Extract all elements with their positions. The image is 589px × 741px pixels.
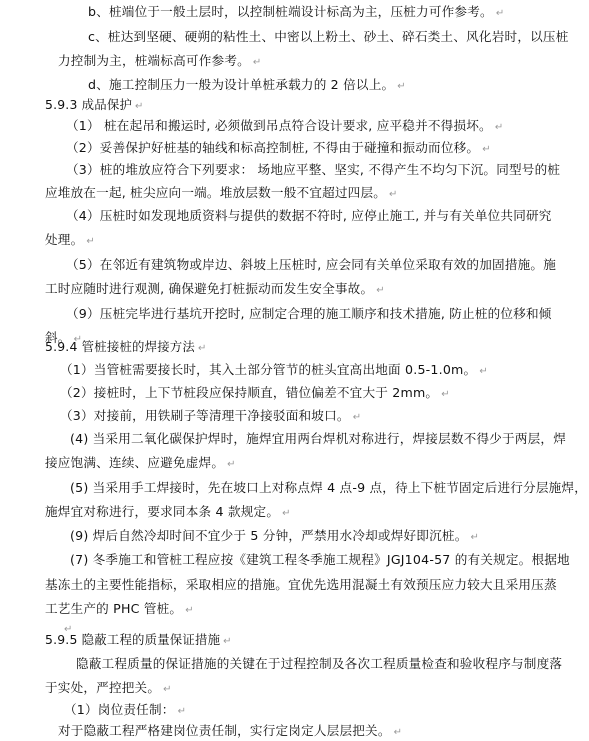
paragraph-1: （1） 桩在起吊和搬运时, 必须做到吊点符合设计要求, 应平稳并不得损坏。↵ — [66, 118, 503, 136]
paragraph-mark-icon: ↵ — [163, 684, 172, 695]
paragraph-mark-icon: ↵ — [223, 636, 232, 647]
paragraph-2: （2）妥善保护好桩基的轴线和标高控制桩, 不得由于碰撞和振动而位移。↵ — [66, 140, 491, 158]
weld-item-2: （2）接桩时，上下节桩段应保持顺直，错位偏差不宜大于 2mm。↵ — [60, 385, 450, 403]
paragraph-4-cont: 处理。↵ — [45, 232, 95, 250]
paragraph-mark-icon: ↵ — [135, 101, 144, 112]
paragraph-mark-icon: ↵ — [441, 389, 450, 400]
section-heading-5-9-3: 5.9.3 成品保护↵ — [45, 97, 144, 115]
paragraph-mark-icon: ↵ — [376, 285, 385, 296]
weld-item-7-cont: 基冻土的主要性能指标，采取相应的措施。宜优先选用混凝土有效预压应力较大且采用压蒸 — [45, 577, 557, 593]
paragraph-mark-icon: ↵ — [178, 706, 187, 717]
paragraph-3-cont: 应堆放在一起, 桩尖应向一端。堆放层数一般不宜超过四层。↵ — [45, 185, 398, 203]
section-heading-5-9-5: 5.9.5 隐蔽工程的质量保证措施↵ — [45, 632, 232, 650]
paragraph-mark-icon: ↵ — [482, 144, 491, 155]
paragraph-mark-icon: ↵ — [397, 81, 406, 92]
paragraph-9: （9）压桩完毕进行基坑开挖时, 应制定合理的施工顺序和技术措施, 防止桩的位移和… — [66, 306, 552, 322]
responsibility-text: 对于隐蔽工程严格建岗位责任制，实行定岗定人层层把关。↵ — [58, 723, 402, 741]
weld-item-5-cont: 施焊宜对称进行，要求同本条 4 款规定。↵ — [45, 504, 291, 522]
paragraph-mark-icon: ↵ — [198, 343, 207, 354]
weld-item-4-cont: 接应饱满、连续、应避免虚焊。↵ — [45, 455, 236, 473]
section-heading-5-9-4: 5.9.4 管桩接桩的焊接方法↵ — [45, 339, 207, 357]
paragraph-mark-icon: ↵ — [282, 508, 291, 519]
list-item-c-cont: 力控制为主，桩端标高可作参考。↵ — [58, 53, 262, 71]
list-item-d: d、施工控制压力一般为设计单桩承载力的 2 倍以上。↵ — [88, 77, 406, 95]
weld-item-9: (9) 焊后自然冷却时间不宜少于 5 分钟，严禁用水冷却或焊好即沉桩。↵ — [70, 528, 479, 546]
paragraph-3: （3）桩的堆放应符合下列要求： 场地应平整、坚实, 不得产生不均匀下沉。同型号的… — [66, 162, 560, 178]
paragraph-4: （4）压桩时如发现地质资料与提供的数据不符时, 应停止施工, 并与有关单位共同研… — [66, 208, 552, 224]
weld-item-4: (4) 当采用二氧化碳保护焊时，施焊宜用两台焊机对称进行，焊接层数不得少于两层，… — [70, 431, 566, 447]
paragraph-mark-icon: ↵ — [253, 57, 262, 68]
paragraph-mark-icon: ↵ — [394, 727, 403, 738]
paragraph-mark-icon: ↵ — [353, 412, 362, 423]
paragraph-mark-icon: ↵ — [227, 459, 236, 470]
list-item-c: c、桩达到坚硬、硬朔的粘性土、中密以上粉土、砂土、碎石类土、风化岩时，以压桩 — [88, 29, 569, 45]
list-item-b: b、桩端位于一般土层时，以控制桩端设计标高为主，压桩力可作参考。↵ — [88, 4, 504, 22]
paragraph-5: （5）在邻近有建筑物或岸边、斜坡上压桩时, 应会同有关单位采取有效的加固措施。施 — [66, 257, 556, 273]
weld-item-7: (7) 冬季施工和管桩工程应按《建筑工程冬季施工规程》JGJ104-57 的有关… — [70, 552, 570, 568]
paragraph-mark-icon: ↵ — [479, 366, 488, 377]
concealed-intro: 隐蔽工程质量的保证措施的关键在于过程控制及各次工程质量检查和验收程序与制度落 — [76, 656, 562, 672]
concealed-intro-cont: 于实处，严控把关。↵ — [45, 680, 172, 698]
paragraph-mark-icon: ↵ — [389, 189, 398, 200]
paragraph-mark-icon: ↵ — [185, 605, 194, 616]
paragraph-5-cont: 工时应随时进行观测, 确保避免打桩振动而发生安全事故。↵ — [45, 281, 385, 299]
paragraph-mark-icon: ↵ — [471, 532, 480, 543]
weld-item-7-cont2: 工艺生产的 PHC 管桩。↵ — [45, 601, 194, 619]
weld-item-5: (5) 当采用手工焊接时，先在坡口上对称点焊 4 点-9 点，待上下桩节固定后进… — [70, 480, 587, 496]
weld-item-1: （1）当管桩需要接长时，其入土部分管节的桩头宜高出地面 0.5-1.0m。↵ — [60, 362, 488, 380]
paragraph-mark-icon: ↵ — [496, 8, 505, 19]
paragraph-mark-icon: ↵ — [495, 122, 504, 133]
paragraph-mark-icon: ↵ — [86, 236, 95, 247]
weld-item-3: （3）对接前，用铁刷子等清理干净接驳面和坡口。↵ — [60, 408, 361, 426]
responsibility-heading: （1）岗位责任制：↵ — [64, 702, 186, 720]
